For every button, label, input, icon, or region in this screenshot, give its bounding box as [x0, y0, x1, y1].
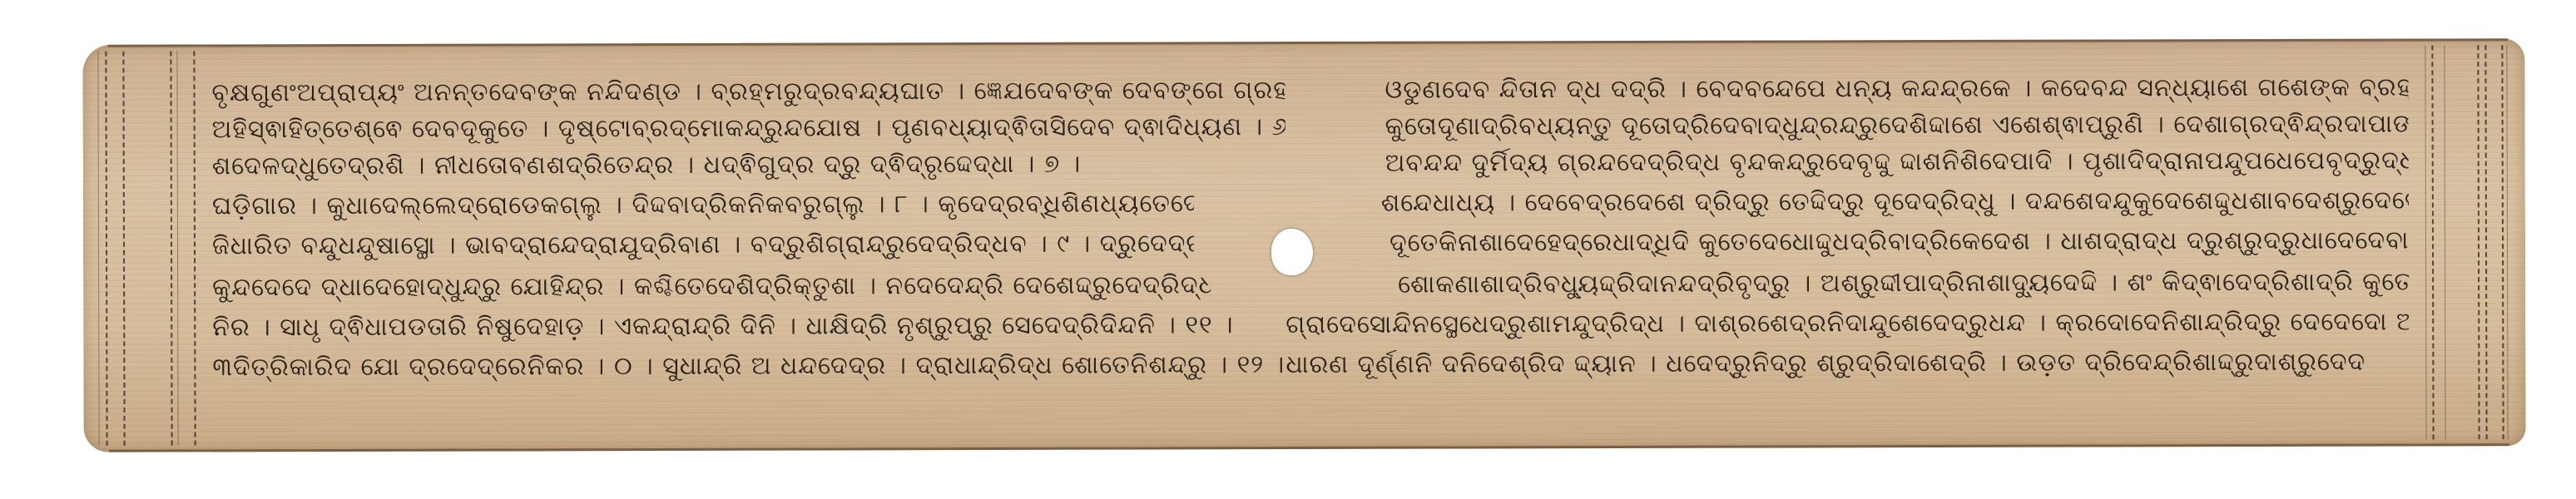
left-margin-rule [105, 52, 107, 446]
text-line-6-right: ଶୋକଣାଶାଦ୍ରିବଧ୍ୟୁଦ୍ଦ୍ରିଦାନନ୍ଦଦ୍ରିବୃଦ୍ରୁ ।… [1398, 264, 2409, 303]
text-line-8-right: ଧାରଣ ଦୂର୍ଣ୍ଣନି ଦନିଦେଶ୍ରିଦ ଦ୍ଦ୍ୟାନ । ଧଦେଦ… [1286, 343, 2409, 383]
text-line-8-left: ୩ଦିତ୍ରିକାରିଦ ଯୋ ଦ୍ରଦେଦ୍ରେନିକର । ୦ । ସୁଧା… [212, 346, 1286, 385]
palm-leaf: ବୃକ୍ଷଗୁଣଂଅପ୍ରାପ୍ୟଂ ଅନନ୍ତଦେବଙ୍କ ନନ୍ଦିଦଣ୍ଡ… [82, 38, 2525, 452]
verse-text: କୁତୋଦୂଣାଦ୍ରିବଧ୍ୟନ୍ତୁ ଦୂତୋଦ୍ରିଦେବାଦ୍ଧୁନ୍ଦ… [1385, 108, 2409, 141]
verse-text: ଓଡୁଣଦେବ ନ୍ଦିତାନ ଦ୍ଧ ଦଦ୍ରି । ବେଦବନ୍ଦେପେ ଧ… [1385, 72, 2408, 104]
left-margin-rule [176, 52, 178, 446]
text-line-2-right: କୁତୋଦୂଣାଦ୍ରିବଧ୍ୟନ୍ତୁ ଦୂତୋଦ୍ରିଦେବାଦ୍ଧୁନ୍ଦ… [1385, 106, 2409, 145]
right-margin-rule [2501, 45, 2504, 439]
text-line-3-left: ଶଦେଳଦ୍ଧୁତେଦ୍ରଶି । ନୀଧତୋବଣଶଦ୍ରିତେନ୍ଦ୍ର । … [212, 145, 1286, 184]
text-line-4-left: ଘଡ଼ିଗାର । କୁଧାଦେଲ୍ଲେଦ୍ରୋଡେକଗ୍ଲୁ । ଦିଦ୍ଦବ… [212, 185, 1194, 224]
right-margin-rule [2444, 45, 2445, 439]
right-margin-rule [2431, 45, 2434, 439]
text-line-1-left: ବୃକ୍ଷଗୁଣଂଅପ୍ରାପ୍ୟଂ ଅନନ୍ତଦେବଙ୍କ ନନ୍ଦିଦଣ୍ଡ… [211, 72, 1285, 111]
verse-text: ଶନ୍ଦେଧାଧ୍ୟ । ଦେବେଦ୍ରଦେଶେ ଦ୍ରିଦ୍ରୁ ତେଦ୍ଦି… [1381, 185, 2409, 218]
verse-text: ଘଡ଼ିଗାର । କୁଧାଦେଲ୍ଲେଦ୍ରୋଡେକଗ୍ଲୁ । ଦିଦ୍ଦବ… [212, 189, 1194, 220]
verse-text: ନିର । ସାଧୃ ଦ୍ଵିଧାପଡତାରି ନିଷୁଦେହାଡ଼ । ଏକନ… [212, 310, 1233, 342]
text-line-7-left: ନିର । ସାଧୃ ଦ୍ଵିଧାପଡତାରି ନିଷୁଦେହାଡ଼ । ଏକନ… [212, 306, 1286, 345]
text-line-5-right: ଦୂତେକିନାଶାଦେହେଦ୍ରେଧାଦ୍ଧିଦି କୁତେଦେଧୋଦ୍ଦୁଧ… [1390, 222, 2409, 261]
left-margin-rule [122, 52, 125, 446]
verse-text: ଗ୍ରାଦେସୋନ୍ଦିନସ୍ଥେଧେଦ୍ରୁଶାମନ୍ଦୁଦ୍ରିଦ୍ଧ । … [1286, 307, 2409, 339]
verse-text: ଶୋକଣାଶାଦ୍ରିବଧ୍ୟୁଦ୍ଦ୍ରିଦାନନ୍ଦଦ୍ରିବୃଦ୍ରୁ ।… [1398, 267, 2409, 299]
right-margin-rule [2506, 45, 2508, 439]
verse-text: ଅହିସ୍ଵାହିତ୍ତେଶ୍ଵେ ଦେବଦୂକୁତେ । ଦୃଷ୍ଟୋବ୍ରଦ… [212, 111, 1286, 143]
text-line-4-right: ଶନ୍ଦେଧାଧ୍ୟ । ଦେବେଦ୍ରଦେଶେ ଦ୍ରିଦ୍ରୁ ତେଦ୍ଦି… [1381, 182, 2409, 221]
left-margin-rule [170, 52, 172, 446]
right-margin-rule [2484, 45, 2487, 439]
leaf-top-edge [107, 38, 2508, 47]
verse-text: କୁନ୍ଦଦେଦେ ଦ୍ଧାଦେହୋଦ୍ଧୁନ୍ଦ୍ରୁ ଯୋହିନ୍ଦ୍ର ।… [212, 269, 1211, 301]
text-line-1-right: ଓଡୁଣଦେବ ନ୍ଦିତାନ ଦ୍ଧ ଦଦ୍ରି । ବେଦବନ୍ଦେପେ ଧ… [1385, 69, 2408, 108]
text-line-2-left: ଅହିସ୍ଵାହିତ୍ତେଶ୍ଵେ ଦେବଦୂକୁତେ । ଦୃଷ୍ଟୋବ୍ରଦ… [212, 108, 1286, 147]
verse-text: ଦୂତେକିନାଶାଦେହେଦ୍ରେଧାଦ୍ଧିଦି କୁତେଦେଧୋଦ୍ଦୁଧ… [1390, 225, 2409, 258]
leaf-bottom-edge [109, 443, 2509, 452]
text-line-6-left: କୁନ୍ଦଦେଦେ ଦ୍ଧାଦେହୋଦ୍ଧୁନ୍ଦ୍ରୁ ଯୋହିନ୍ଦ୍ର ।… [212, 266, 1211, 305]
text-line-3-right: ଅବନ୍ଦନ୍ଦ ଦୁର୍ମିଦ୍ୟ ଗ୍ରନ୍ଦଦେଦ୍ରିଦ୍ଧ ବୃନ୍ଦ… [1385, 142, 2409, 181]
text-line-5-left: ଜିଧାରିତ ବନ୍ଦୁଧନ୍ଦୁଷାସ୍ଥୋ । ଭାବଦ୍ରାନ୍ଦେଦ୍… [212, 225, 1194, 264]
string-hole [1271, 229, 1313, 275]
text-line-7-right: ଗ୍ରାଦେସୋନ୍ଦିନସ୍ଥେଧେଦ୍ରୁଶାମନ୍ଦୁଦ୍ରିଦ୍ଧ । … [1286, 304, 2409, 343]
verse-text: ଧାରଣ ଦୂର୍ଣ୍ଣନି ଦନିଦେଶ୍ରିଦ ଦ୍ଦ୍ୟାନ । ଧଦେଦ… [1286, 347, 2365, 378]
left-margin-rule [97, 52, 99, 446]
verse-text: ଅବନ୍ଦନ୍ଦ ଦୁର୍ମିଦ୍ୟ ଗ୍ରନ୍ଦଦେଦ୍ରିଦ୍ଧ ବୃନ୍ଦ… [1385, 145, 2409, 177]
verse-text: ବୃକ୍ଷଗୁଣଂଅପ୍ରାପ୍ୟଂ ଅନନ୍ତଦେବଙ୍କ ନନ୍ଦିଦଣ୍ଡ… [211, 75, 1285, 107]
verse-text: ଶଦେଳଦ୍ଧୁତେଦ୍ରଶି । ନୀଧତୋବଣଶଦ୍ରିତେନ୍ଦ୍ର । … [212, 149, 1082, 180]
left-margin-rule [193, 51, 196, 445]
right-margin-rule [2477, 45, 2479, 439]
verse-text: ୩ଦିତ୍ରିକାରିଦ ଯୋ ଦ୍ରଦେଦ୍ରେନିକର । ୦ । ସୁଧା… [212, 350, 1285, 382]
verse-text: ଜିଧାରିତ ବନ୍ଦୁଧନ୍ଦୁଷାସ୍ଥୋ । ଭାବଦ୍ରାନ୍ଦେଦ୍… [212, 229, 1194, 260]
right-margin-rule [2425, 45, 2426, 439]
